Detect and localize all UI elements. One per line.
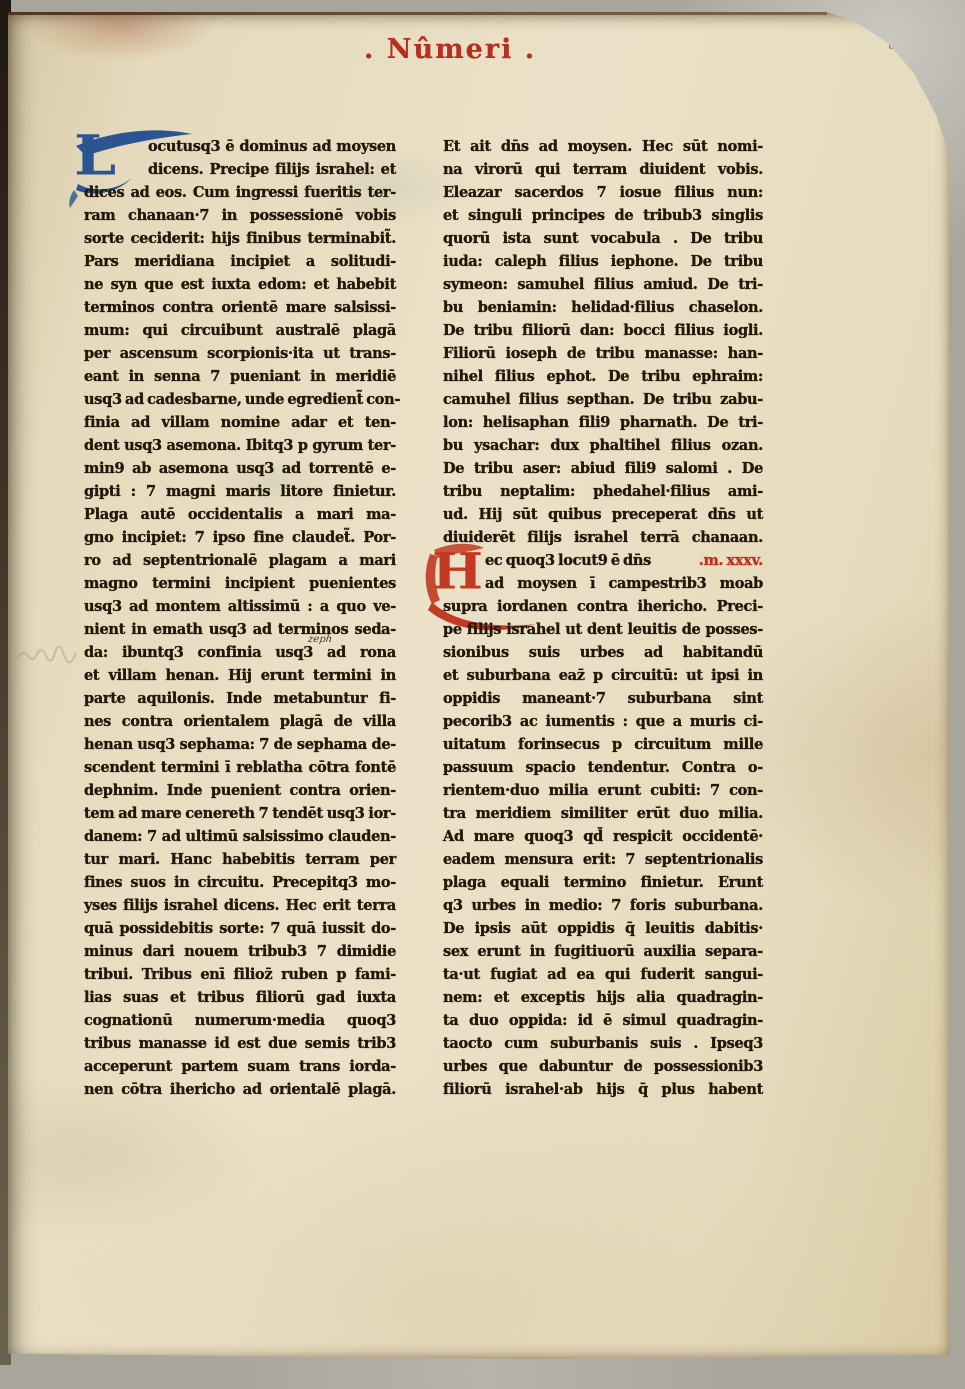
text-line: cognationū numerum·media quoq3	[84, 1009, 396, 1032]
text-line: sorte ceciderit: hijs finibus terminabit…	[84, 227, 396, 250]
text-line: De ipsis aūt oppidis q̄ leuitis dabitis·	[443, 917, 763, 940]
text-line: urbes que dabuntur de possessionib3	[443, 1055, 763, 1078]
text-line: dicens. Precipe filijs israhel: et	[84, 158, 396, 181]
text-line: symeon: samuhel filius amiud. De tri-	[443, 273, 763, 296]
text-line: bu beniamin: helidad·filius chaselon.	[443, 296, 763, 319]
text-line: supra iordanen contra ihericho. Preci-	[443, 595, 763, 618]
text-line: tribui. Tribus enī filioz̄ ruben p fami-	[84, 963, 396, 986]
text-line: Plaga autē occidentalis a mari ma-	[84, 503, 396, 526]
text-line: quā possidebitis sorte: 7 quā iussit do-	[84, 917, 396, 940]
text-line: eant in senna 7 pueniant in meridiē	[84, 365, 396, 388]
text-line: min9 ab asemona usq3 ad torrentē e-	[84, 457, 396, 480]
text-line: fines suos in circuitu. Precepitq3 mo-	[84, 871, 396, 894]
text-line: oppidis maneant·7 suburbana sint	[443, 687, 763, 710]
text-line: rientem·duo milia erunt cubiti: 7 con-	[443, 779, 763, 802]
text-line: sex erunt in fugitiuorū auxilia separa-	[443, 940, 763, 963]
text-line: nen cōtra ihericho ad orientalē plagā.	[84, 1078, 396, 1101]
text-line: ram chanaan·7 in possessionē vobis	[84, 204, 396, 227]
text-line: De tribu filiorū dan: bocci filius iogli…	[443, 319, 763, 342]
text-line: dent usq3 asemona. Ibitq3 p gyrum ter-	[84, 434, 396, 457]
text-line: sionibus suis urbes ad habitandū	[443, 641, 763, 664]
text-line: taocto cum suburbanis suis . Ipseq3	[443, 1032, 763, 1055]
text-line: quorū ista sunt vocabula . De tribu	[443, 227, 763, 250]
text-line: ud. Hij sūt quibus preceperat dn̄s ut	[443, 503, 763, 526]
text-line: diuiderēt filijs israhel terrā chanaan.	[443, 526, 763, 549]
text-line: ec quoq3 locut9 ē dn̄s.m. xxxv.	[443, 549, 763, 572]
text-line: pe filijs israhel ut dent leuitis de pos…	[443, 618, 763, 641]
text-line: nes contra orientalem plagā de villa	[84, 710, 396, 733]
text-line: lon: helisaphan fili9 pharnath. De tri-	[443, 411, 763, 434]
text-line: magno termini incipient puenientes	[84, 572, 396, 595]
text-line: Ad mare quoq3 qd̄ respicit occidentē·	[443, 825, 763, 848]
text-line: et villam henan. Hij erunt termini in	[84, 664, 396, 687]
text-line: ne syn que est iuxta edom: et habebit	[84, 273, 396, 296]
text-line: nem: et exceptis hijs alia quadragin-	[443, 986, 763, 1009]
text-line: per ascensum scorpionis·ita ut trans-	[84, 342, 396, 365]
text-line: mum: qui circuibunt australē plagā	[84, 319, 396, 342]
manuscript-page: . Nûmeri . 83 L H zeph ocutusq3 ē dominu…	[8, 12, 949, 1359]
text-column-left: zeph ocutusq3 ē dominus ad moysendicens.…	[84, 135, 396, 1101]
text-line: nihel filius ephot. De tribu ephraim:	[443, 365, 763, 388]
text-line: et singuli principes de tribub3 singlis	[443, 204, 763, 227]
text-line: Pars meridiana incipiet a solitudi-	[84, 250, 396, 273]
text-line: ad moysen ī campestrib3 moab	[443, 572, 763, 595]
text-line: usq3 ad cadesbarne, unde egredient̃ con-	[84, 388, 396, 411]
text-line: camuhel filius septhan. De tribu zabu-	[443, 388, 763, 411]
text-line: tra meridiem similiter erūt duo milia.	[443, 802, 763, 825]
text-line: Et ait dn̄s ad moysen. Hec sūt nomi-	[443, 135, 763, 158]
text-line: da: ibuntq3 confinia usq3 ad rona	[84, 641, 396, 664]
text-line: bu ysachar: dux phaltihel filius ozan.	[443, 434, 763, 457]
text-line: De tribu aser: abiud fili9 salomi . De	[443, 457, 763, 480]
text-line: dephnim. Inde puenient contra orien-	[84, 779, 396, 802]
text-line: scendent termini ī reblatha cōtra fontē	[84, 756, 396, 779]
text-line: nient in emath usq3 ad terminos seda-	[84, 618, 396, 641]
text-line: finia ad villam nomine adar et ten-	[84, 411, 396, 434]
text-line: lias suas et tribus filiorū gad iuxta	[84, 986, 396, 1009]
text-line: uitatum forinsecus p circuitum mille	[443, 733, 763, 756]
text-line: ocutusq3 ē dominus ad moysen	[84, 135, 396, 158]
marginal-annotation	[16, 644, 80, 666]
text-line: pecorib3 ac iumentis : que a muris ci-	[443, 710, 763, 733]
text-line: henan usq3 sephama: 7 de sephama de-	[84, 733, 396, 756]
text-line: eadem mensura erit: 7 septentrionalis	[443, 848, 763, 871]
text-line: ta duo oppida: id ē simul quadragin-	[443, 1009, 763, 1032]
text-line: iuda: caleph filius iephone. De tribu	[443, 250, 763, 273]
text-line: tribu neptalim: phedahel·filius ami-	[443, 480, 763, 503]
text-line: na virorū qui terram diuident vobis.	[443, 158, 763, 181]
text-line: tur mari. Hanc habebitis terram per	[84, 848, 396, 871]
text-segment: ec quoq3 locut9 ē dn̄s	[485, 549, 651, 572]
text-column-right: Et ait dn̄s ad moysen. Hec sūt nomi-na v…	[443, 135, 763, 1101]
text-line: ta·ut fugiat ad ea qui fuderit sangui-	[443, 963, 763, 986]
text-line: plaga equali termino finietur. Erunt	[443, 871, 763, 894]
text-line: filiorū israhel·ab hijs q̄ plus habent	[443, 1078, 763, 1101]
text-line: Filiorū ioseph de tribu manasse: han-	[443, 342, 763, 365]
text-line: passuum spacio tendentur. Contra o-	[443, 756, 763, 779]
interlinear-correction: zeph	[306, 628, 333, 651]
text-line: usq3 ad montem altissimū : a quo ve-	[84, 595, 396, 618]
text-line: q3 urbes in medio: 7 foris suburbana.	[443, 894, 763, 917]
text-line: gipti : 7 magni maris litore finietur.	[84, 480, 396, 503]
text-line: et suburbana eaz̄ p circuitū: ut ipsi in	[443, 664, 763, 687]
chapter-number-rubric: .m. xxxv.	[699, 549, 763, 572]
text-line: dices ad eos. Cum ingressi fueritis ter-	[84, 181, 396, 204]
text-line: Eleazar sacerdos 7 iosue filius nun:	[443, 181, 763, 204]
text-line: tribus manasse id est due semis trib3	[84, 1032, 396, 1055]
text-line: yses filijs israhel dicens. Hec erit ter…	[84, 894, 396, 917]
folio-number: 83	[887, 33, 912, 54]
text-line: ro ad septentrionalē plagam a mari	[84, 549, 396, 572]
text-line: gno incipiet: 7 ipso fine claudet̃. Por-	[84, 526, 396, 549]
text-line: minus dari nouem tribub3 7 dimidie	[84, 940, 396, 963]
text-line: parte aquilonis. Inde metabuntur fi-	[84, 687, 396, 710]
text-line: danem: 7 ad ultimū salsissimo clauden-	[84, 825, 396, 848]
text-line: terminos contra orientē mare salsissi-	[84, 296, 396, 319]
text-line: tem ad mare cenereth 7 tendēt usq3 ior-	[84, 802, 396, 825]
running-header: . Nûmeri .	[364, 34, 536, 65]
scan-backdrop: { "page": { "running_header": ". Nûmeri …	[0, 0, 965, 1389]
text-line: acceperunt partem suam trans iorda-	[84, 1055, 396, 1078]
